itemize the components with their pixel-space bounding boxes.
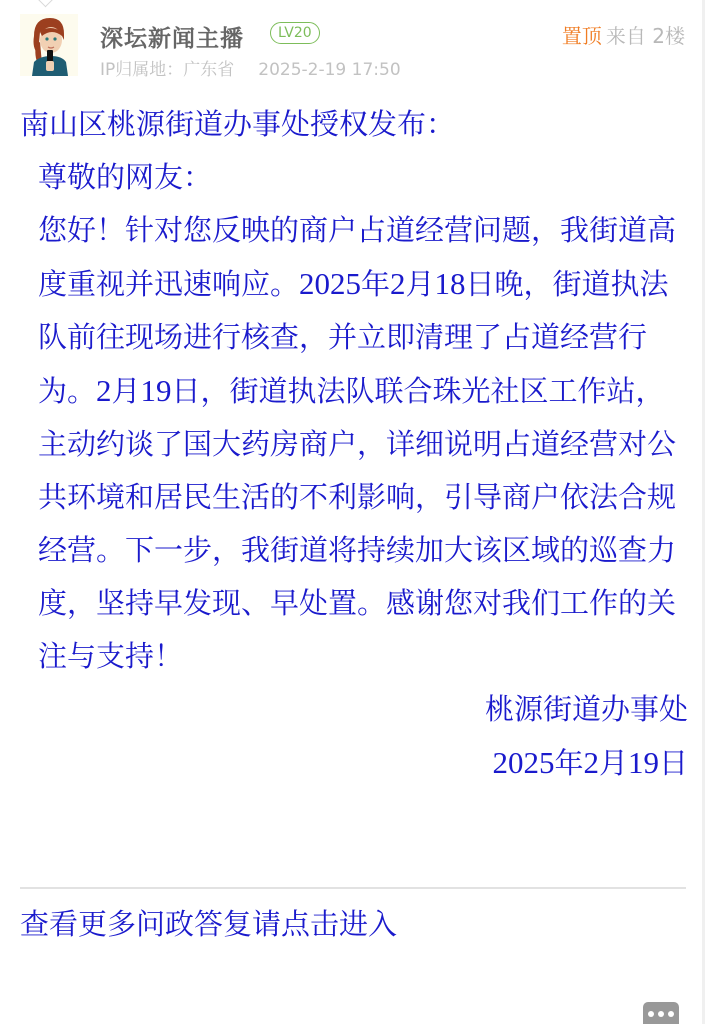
post-tags: 置顶来自 2楼 xyxy=(562,20,685,49)
sign-year-suffix: 年 xyxy=(554,746,583,780)
sign-date: 2025年2月19日 xyxy=(20,736,688,790)
sign-day-suffix: 日 xyxy=(659,746,688,780)
body-text: 月 xyxy=(112,374,141,408)
sign-month-suffix: 月 xyxy=(599,746,628,780)
cartoon-news-anchor-avatar-icon xyxy=(20,14,78,76)
body-number: 18 xyxy=(435,266,466,301)
content-salutation: 尊敬的网友： xyxy=(20,151,688,204)
sign-month: 2 xyxy=(583,745,599,780)
body-number: 2 xyxy=(96,373,112,408)
post-timestamp: 2025-2-19 17:50 xyxy=(258,60,400,80)
body-text: 月 xyxy=(406,267,435,301)
ip-location: IP归属地：广东省 xyxy=(100,60,234,80)
ellipsis-icon xyxy=(648,1011,654,1017)
body-text: 日，街道执法队联合珠光社区工作站，主动约谈了国大药房商户，详细说明占道经营对公共… xyxy=(38,374,676,673)
signature: 桃源街道办事处 xyxy=(20,683,688,736)
body-number: 19 xyxy=(141,373,172,408)
body-text: 年 xyxy=(361,267,390,301)
floor-source[interactable]: 来自 2楼 xyxy=(606,24,685,48)
caret-up-icon xyxy=(38,0,54,7)
sign-year: 2025 xyxy=(492,745,554,780)
post-meta: IP归属地：广东省2025-2-19 17:50 xyxy=(100,55,401,80)
level-badge: LV20 xyxy=(270,22,320,44)
author-name[interactable]: 深坛新闻主播 xyxy=(100,20,244,53)
body-number: 2025 xyxy=(299,266,361,301)
more-options-button[interactable] xyxy=(643,1002,679,1024)
content-body: 您好！针对您反映的商户占道经营问题，我街道高度重视并迅速响应。2025年2月18… xyxy=(20,204,688,683)
content-divider xyxy=(20,887,686,889)
ellipsis-icon xyxy=(668,1011,674,1017)
avatar[interactable] xyxy=(20,14,78,76)
post-content: 南山区桃源街道办事处授权发布： 尊敬的网友： 您好！针对您反映的商户占道经营问题… xyxy=(20,98,688,790)
body-number: 2 xyxy=(390,266,406,301)
content-heading: 南山区桃源街道办事处授权发布： xyxy=(20,98,688,151)
more-replies-link[interactable]: 查看更多问政答复请点击进入 xyxy=(20,902,397,946)
post-header: 深坛新闻主播 LV20 IP归属地：广东省2025-2-19 17:50 置顶来… xyxy=(0,0,705,90)
ellipsis-icon xyxy=(658,1011,664,1017)
sign-day: 19 xyxy=(628,745,659,780)
pinned-badge: 置顶 xyxy=(562,24,602,48)
